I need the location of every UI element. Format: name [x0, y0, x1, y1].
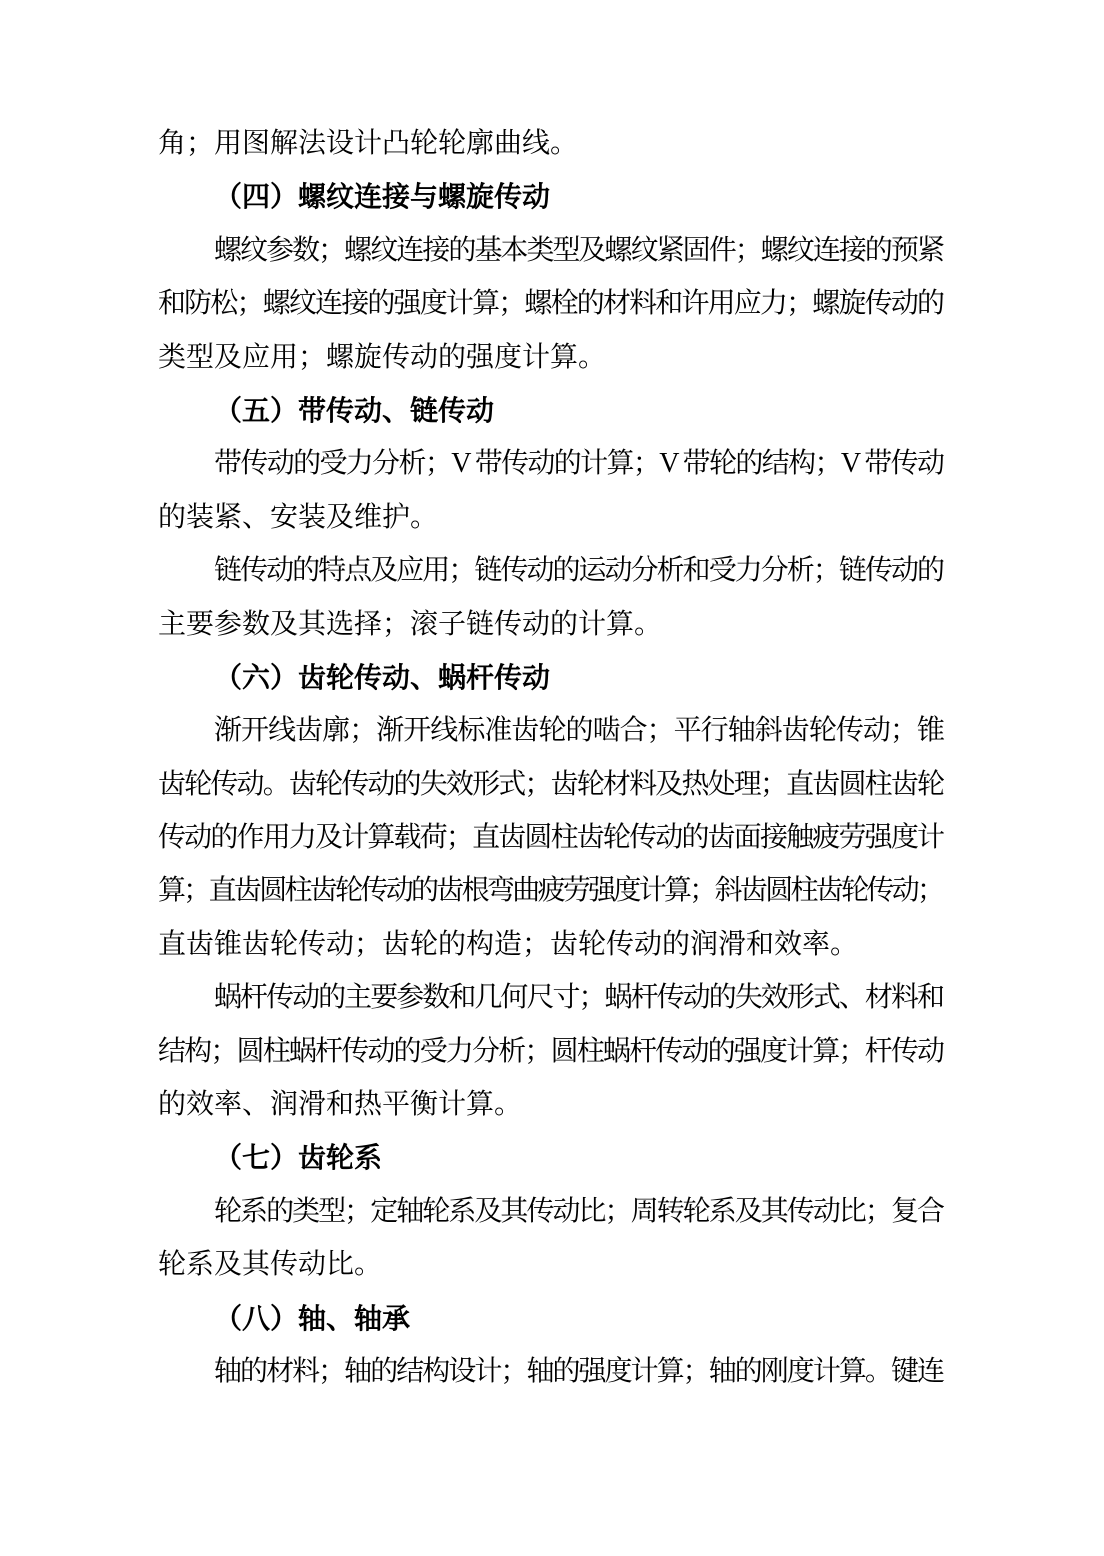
- text-line: 螺纹参数；螺纹连接的基本类型及螺纹紧固件；螺纹连接的预紧: [158, 224, 945, 277]
- text-line: 的效率、润滑和热平衡计算。: [158, 1078, 945, 1131]
- section-heading: （四）螺纹连接与螺旋传动: [158, 170, 945, 223]
- text-line: 渐开线齿廓；渐开线标准齿轮的啮合；平行轴斜齿轮传动；锥: [158, 704, 945, 757]
- text-line-text: 的装紧、安装及维护。: [158, 491, 438, 544]
- text-line: 链传动的特点及应用；链传动的运动分析和受力分析；链传动的: [158, 544, 945, 597]
- text-line: 直齿锥齿轮传动；齿轮的构造；齿轮传动的润滑和效率。: [158, 918, 945, 971]
- section-heading-text: （八）轴、轴承: [214, 1292, 410, 1345]
- text-line-text: 齿轮传动。齿轮传动的失效形式；齿轮材料及热处理；直齿圆柱齿轮: [158, 758, 943, 811]
- text-line: 传动的作用力及计算载荷；直齿圆柱齿轮传动的齿面接触疲劳强度计: [158, 811, 945, 864]
- text-line: 主要参数及其选择；滚子链传动的计算。: [158, 598, 945, 651]
- section-heading-text: （七）齿轮系: [214, 1131, 382, 1184]
- text-line-text: 结构；圆柱蜗杆传动的受力分析；圆柱蜗杆传动的强度计算；杆传动: [158, 1025, 943, 1078]
- text-line: 带传动的受力分析；V 带传动的计算；V 带轮的结构；V 带传动: [158, 437, 945, 490]
- text-line-text: 轮系的类型；定轴轮系及其传动比；周转轮系及其传动比；复合: [214, 1185, 943, 1238]
- text-line-text: 和防松；螺纹连接的强度计算；螺栓的材料和许用应力；螺旋传动的: [158, 277, 943, 330]
- text-line-text: 传动的作用力及计算载荷；直齿圆柱齿轮传动的齿面接触疲劳强度计: [158, 811, 943, 864]
- text-line-text: 蜗杆传动的主要参数和几何尺寸；蜗杆传动的失效形式、材料和: [214, 971, 943, 1024]
- text-line-text: 链传动的特点及应用；链传动的运动分析和受力分析；链传动的: [214, 544, 943, 597]
- section-heading: （六）齿轮传动、蜗杆传动: [158, 651, 945, 704]
- text-line-text: 角；用图解法设计凸轮轮廓曲线。: [158, 117, 578, 170]
- text-line: 类型及应用；螺旋传动的强度计算。: [158, 331, 945, 384]
- text-line-text: 轮系及其传动比。: [158, 1238, 382, 1291]
- text-line: 蜗杆传动的主要参数和几何尺寸；蜗杆传动的失效形式、材料和: [158, 971, 945, 1024]
- section-heading: （七）齿轮系: [158, 1131, 945, 1184]
- text-line-text: 算；直齿圆柱齿轮传动的齿根弯曲疲劳强度计算；斜齿圆柱齿轮传动；: [158, 864, 942, 917]
- text-line: 角；用图解法设计凸轮轮廓曲线。: [158, 117, 945, 170]
- text-line: 和防松；螺纹连接的强度计算；螺栓的材料和许用应力；螺旋传动的: [158, 277, 945, 330]
- text-line: 轮系的类型；定轴轮系及其传动比；周转轮系及其传动比；复合: [158, 1185, 945, 1238]
- text-line-text: 螺纹参数；螺纹连接的基本类型及螺纹紧固件；螺纹连接的预紧: [214, 224, 943, 277]
- text-line: 的装紧、安装及维护。: [158, 491, 945, 544]
- section-heading: （五）带传动、链传动: [158, 384, 945, 437]
- text-line-text: 直齿锥齿轮传动；齿轮的构造；齿轮传动的润滑和效率。: [158, 918, 858, 971]
- text-line-text: 主要参数及其选择；滚子链传动的计算。: [158, 598, 662, 651]
- text-line-text: 类型及应用；螺旋传动的强度计算。: [158, 331, 606, 384]
- text-line: 轴的材料；轴的结构设计；轴的强度计算；轴的刚度计算。键连: [158, 1345, 945, 1398]
- text-line: 轮系及其传动比。: [158, 1238, 945, 1291]
- text-line: 算；直齿圆柱齿轮传动的齿根弯曲疲劳强度计算；斜齿圆柱齿轮传动；: [158, 864, 945, 917]
- text-line-text: 渐开线齿廓；渐开线标准齿轮的啮合；平行轴斜齿轮传动；锥: [214, 704, 944, 757]
- section-heading: （八）轴、轴承: [158, 1292, 945, 1345]
- text-line: 齿轮传动。齿轮传动的失效形式；齿轮材料及热处理；直齿圆柱齿轮: [158, 758, 945, 811]
- text-line-text: 的效率、润滑和热平衡计算。: [158, 1078, 522, 1131]
- section-heading-text: （四）螺纹连接与螺旋传动: [214, 170, 550, 223]
- text-line: 结构；圆柱蜗杆传动的受力分析；圆柱蜗杆传动的强度计算；杆传动: [158, 1025, 945, 1078]
- text-line-text: 带传动的受力分析；V 带传动的计算；V 带轮的结构；V 带传动: [214, 437, 943, 490]
- text-line-text: 轴的材料；轴的结构设计；轴的强度计算；轴的刚度计算。键连: [214, 1345, 943, 1398]
- document-page: 角；用图解法设计凸轮轮廓曲线。（四）螺纹连接与螺旋传动螺纹参数；螺纹连接的基本类…: [0, 0, 1104, 1556]
- document-text-block: 角；用图解法设计凸轮轮廓曲线。（四）螺纹连接与螺旋传动螺纹参数；螺纹连接的基本类…: [158, 117, 945, 1398]
- section-heading-text: （五）带传动、链传动: [214, 384, 494, 437]
- section-heading-text: （六）齿轮传动、蜗杆传动: [214, 651, 550, 704]
